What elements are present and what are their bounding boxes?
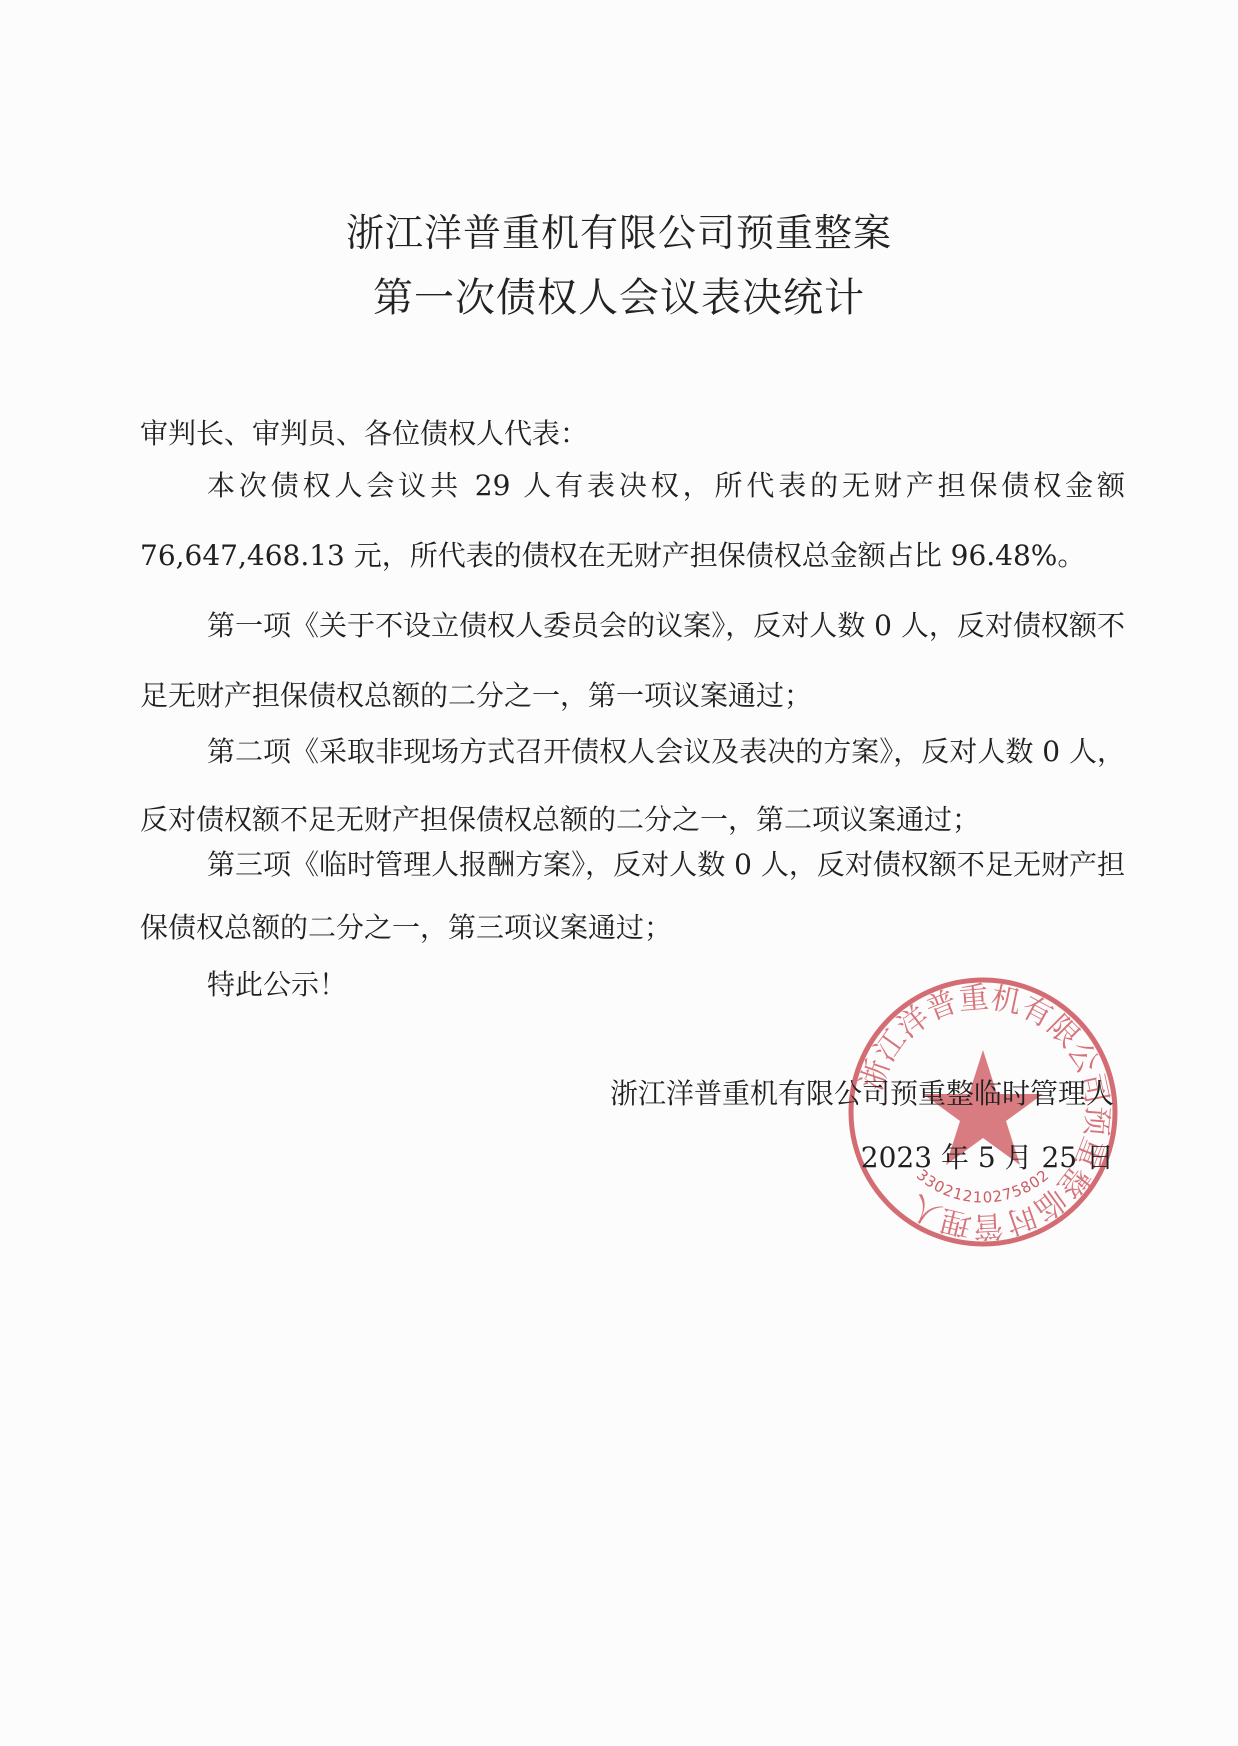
item3-line1: 第三项《临时管理人报酬方案》，反对人数 0 人，反对债权额不足无财产担 bbox=[207, 851, 1125, 879]
summary-line1: 本次债权人会议共 29 人有表决权，所代表的无财产担保债权金额 bbox=[207, 472, 1125, 500]
document-title-line1: 浙江洋普重机有限公司预重整案 bbox=[0, 214, 1238, 252]
summary-line2: 76,647,468.13 元，所代表的债权在无财产担保债权总金额占比 96.4… bbox=[140, 542, 1125, 570]
item2-line1: 第二项《采取非现场方式召开债权人会议及表决的方案》，反对人数 0 人， bbox=[207, 738, 1125, 766]
document-title-line2: 第一次债权人会议表决统计 bbox=[0, 278, 1238, 318]
item3-line2: 保债权总额的二分之一，第三项议案通过； bbox=[140, 914, 1125, 942]
document-page: 浙江洋普重机有限公司预重整案 第一次债权人会议表决统计 审判长、审判员、各位债权… bbox=[0, 0, 1238, 1746]
item2-line2: 反对债权额不足无财产担保债权总额的二分之一，第二项议案通过； bbox=[140, 806, 1125, 834]
official-seal-stamp-icon: 浙江洋普重机有限公司预重整临时管理人 33021210275802 bbox=[843, 972, 1123, 1252]
item1-line1: 第一项《关于不设立债权人委员会的议案》，反对人数 0 人，反对债权额不 bbox=[207, 612, 1125, 640]
item1-line2: 足无财产担保债权总额的二分之一，第一项议案通过； bbox=[140, 682, 1125, 710]
salutation: 审判长、审判员、各位债权人代表： bbox=[140, 420, 1125, 448]
signature-date: 2023 年 5 月 25 日 bbox=[861, 1144, 1114, 1172]
signature-organization: 浙江洋普重机有限公司预重整临时管理人 bbox=[610, 1080, 1114, 1108]
